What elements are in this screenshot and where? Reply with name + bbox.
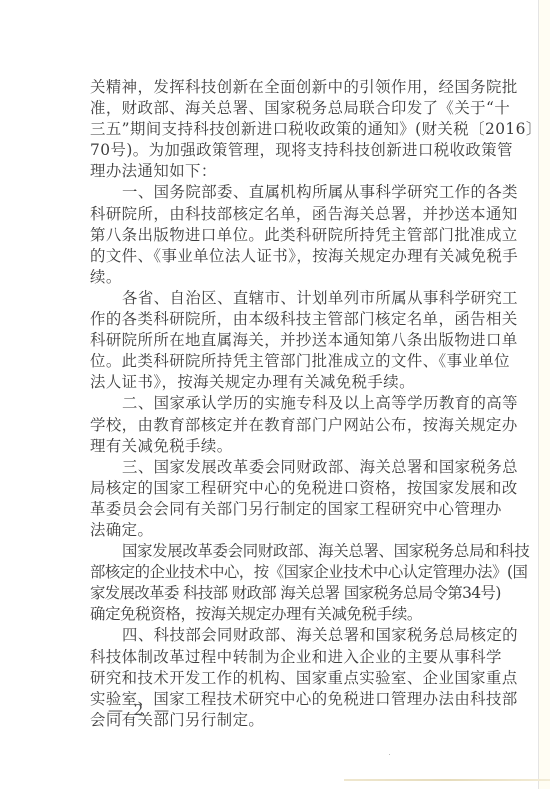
text-line: 确定免税资格，按海关规定办理有关减免税手续。 <box>90 604 510 625</box>
text-line: 科技体制改革过程中转制为企业和进入企业的主要从事科学 <box>90 647 510 668</box>
text-line: 70号)。为加强政策管理，现将支持科技创新进口税收政策管 <box>90 140 510 161</box>
text-line: 关精神，发挥科技创新在全面创新中的引领作用，经国务院批 <box>90 77 510 98</box>
page-number: — 2 — <box>108 701 172 719</box>
text-line: 准，财政部、海关总署、国家税务总局联合印发了《关于“十 <box>90 98 510 119</box>
paragraph-provincial-start: 各省、自治区、直辖市、计划单列市所属从事科学研究工 <box>90 288 510 309</box>
document-body: 关精神，发挥科技创新在全面创新中的引领作用，经国务院批 准，财政部、海关总署、国… <box>90 77 510 731</box>
scan-speck <box>389 754 390 755</box>
text-line: 局核定的国家工程研究中心的免税进口资格，按国家发展和改 <box>90 478 510 499</box>
text-line: 研究和技术开发工作的机构、国家重点实验室、企业国家重点 <box>90 668 510 689</box>
text-line: 的文件、《事业单位法人证书》，按海关规定办理有关减免税手 <box>90 246 510 267</box>
text-line: 续。 <box>90 267 510 288</box>
text-line: 位。此类科研院所持凭主管部门批准成立的文件、《事业单位 <box>90 351 510 372</box>
text-line: 法人证书》，按海关规定办理有关减免税手续。 <box>90 372 510 393</box>
paragraph-enterprise-start: 国家发展改革委会同财政部、海关总署、国家税务总局和科技 <box>90 541 510 562</box>
page-bottom-edge <box>344 779 550 781</box>
paragraph-2-start: 二、国家承认学历的实施专科及以上高等学历教育的高等 <box>90 393 510 414</box>
text-line: 家发展改革委 科技部 财政部 海关总署 国家税务总局令第34号) <box>90 583 510 604</box>
text-line: 革委员会会同有关部门另行制定的国家工程研究中心管理办 <box>90 499 510 520</box>
text-line: 理办法通知如下： <box>90 161 510 182</box>
text-line: 三五”期间支持科技创新进口税收政策的通知》(财关税〔2016〕 <box>90 119 510 140</box>
text-line: 第八条出版物进口单位。此类科研院所持凭主管部门批准成立 <box>90 225 510 246</box>
page-right-margin <box>539 0 550 789</box>
page-edge-line <box>538 0 539 789</box>
text-line: 学校，由教育部核定并在教育部门户网站公布，按海关规定办 <box>90 415 510 436</box>
text-line: 科研院所所在地直属海关，并抄送本通知第八条出版物进口单 <box>90 330 510 351</box>
text-line: 科研院所，由科技部核定名单，函告海关总署，并抄送本通知 <box>90 204 510 225</box>
paragraph-3-start: 三、国家发展改革委会同财政部、海关总署和国家税务总 <box>90 457 510 478</box>
text-line: 法确定。 <box>90 520 510 541</box>
paragraph-4-start: 四、科技部会同财政部、海关总署和国家税务总局核定的 <box>90 625 510 646</box>
text-line: 作的各类科研院所，由本级科技主管部门核定名单，函告相关 <box>90 309 510 330</box>
paragraph-1-start: 一、国务院部委、直属机构所属从事科学研究工作的各类 <box>90 182 510 203</box>
text-line: 部核定的企业技术中心，按《国家企业技术中心认定管理办法》(国 <box>90 562 510 583</box>
text-line: 理有关减免税手续。 <box>90 436 510 457</box>
